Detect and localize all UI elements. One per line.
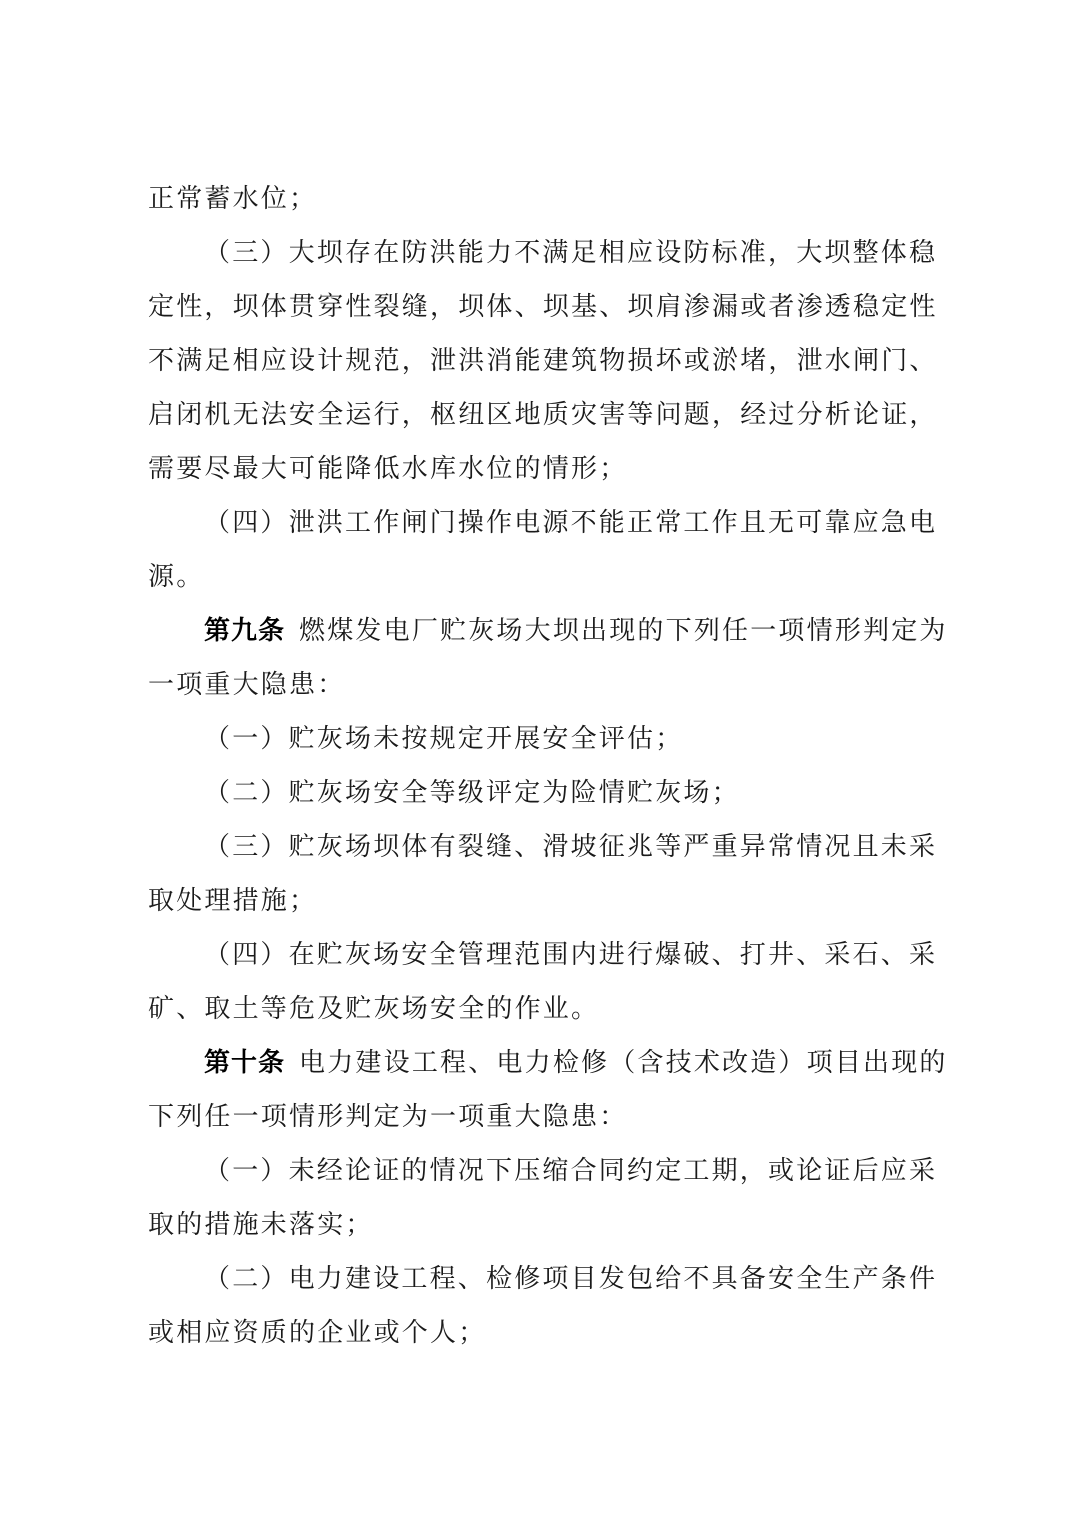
text-line: （二）电力建设工程、检修项目发包给不具备安全生产条件: [148, 1252, 936, 1306]
text-line: 启闭机无法安全运行，枢纽区地质灾害等问题，经过分析论证，: [148, 388, 936, 442]
text-line: 定性，坝体贯穿性裂缝，坝体、坝基、坝肩渗漏或者渗透稳定性: [148, 280, 936, 334]
text-line: 下列任一项情形判定为一项重大隐患：: [148, 1090, 936, 1144]
text-line: 需要尽最大可能降低水库水位的情形；: [148, 442, 936, 496]
text-line: （四）泄洪工作闸门操作电源不能正常工作且无可靠应急电: [148, 496, 936, 550]
text-line: 一项重大隐患：: [148, 658, 936, 712]
document-page: 正常蓄水位； （三）大坝存在防洪能力不满足相应设防标准，大坝整体稳 定性，坝体贯…: [148, 172, 936, 1360]
article-nine-heading-line: 第九条燃煤发电厂贮灰场大坝出现的下列任一项情形判定为: [148, 604, 936, 658]
text-line: 不满足相应设计规范，泄洪消能建筑物损坏或淤堵，泄水闸门、: [148, 334, 936, 388]
text-line: 源。: [148, 550, 936, 604]
text-line: 取的措施未落实；: [148, 1198, 936, 1252]
text-line: 或相应资质的企业或个人；: [148, 1306, 936, 1360]
article-ten-text: 电力建设工程、电力检修（含技术改造）项目出现的: [299, 1048, 948, 1078]
text-line: 矿、取土等危及贮灰场安全的作业。: [148, 982, 936, 1036]
article-nine-text: 燃煤发电厂贮灰场大坝出现的下列任一项情形判定为: [299, 616, 948, 646]
text-line: （三）大坝存在防洪能力不满足相应设防标准，大坝整体稳: [148, 226, 936, 280]
text-line: （一）未经论证的情况下压缩合同约定工期，或论证后应采: [148, 1144, 936, 1198]
article-nine-title: 第九条: [204, 616, 285, 646]
text-line: 正常蓄水位；: [148, 172, 936, 226]
text-line: 取处理措施；: [148, 874, 936, 928]
text-line: （二）贮灰场安全等级评定为险情贮灰场；: [148, 766, 936, 820]
text-line: （一）贮灰场未按规定开展安全评估；: [148, 712, 936, 766]
article-ten-heading-line: 第十条电力建设工程、电力检修（含技术改造）项目出现的: [148, 1036, 936, 1090]
text-line: （三）贮灰场坝体有裂缝、滑坡征兆等严重异常情况且未采: [148, 820, 936, 874]
article-ten-title: 第十条: [204, 1048, 285, 1078]
text-line: （四）在贮灰场安全管理范围内进行爆破、打井、采石、采: [148, 928, 936, 982]
